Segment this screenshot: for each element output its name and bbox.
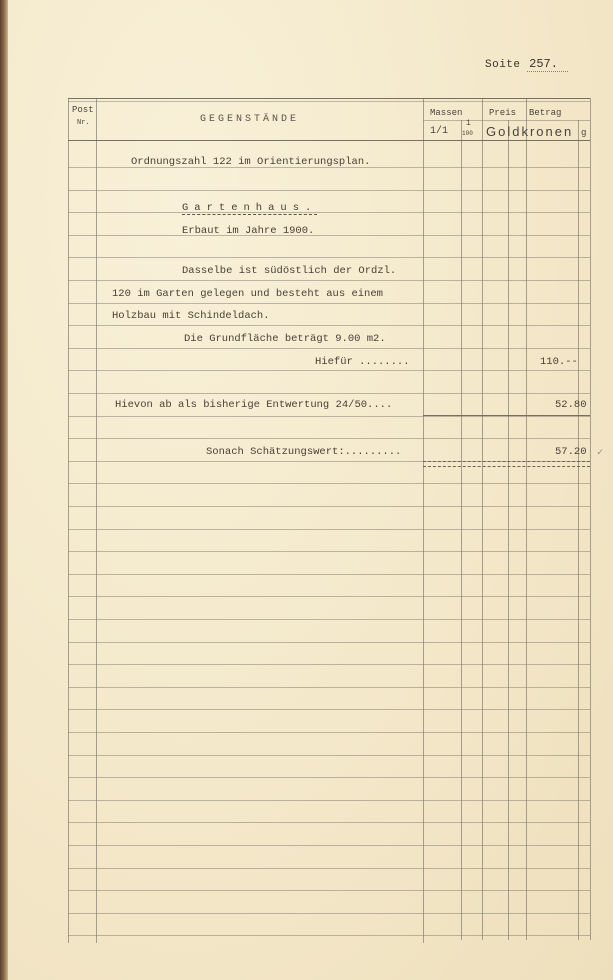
ruled-row-line <box>68 687 590 688</box>
header-post: Post <box>72 105 94 115</box>
ruled-row-line <box>68 506 590 507</box>
col-border-post <box>96 98 97 943</box>
col-border-massen-sub <box>461 120 462 940</box>
amount-entwertung: 52.80 <box>555 399 587 411</box>
ruled-row-line <box>68 551 590 552</box>
col-border-preis <box>526 98 527 940</box>
col-border-left <box>68 98 69 943</box>
subtotal-line <box>423 415 590 416</box>
ruled-row-line <box>68 190 590 191</box>
entry-desc-line1: Dasselbe ist südöstlich der Ordzl. <box>182 265 396 277</box>
ledger-table: Post Nr. GEGENSTÄNDE Massen Preis Betrag… <box>0 0 613 980</box>
ruled-row-line <box>68 868 590 869</box>
ruled-row-line <box>68 235 590 236</box>
ruled-row-line <box>68 664 590 665</box>
ruled-row-line <box>68 438 590 439</box>
total-double-line <box>423 461 590 467</box>
ruled-row-line <box>68 845 590 846</box>
header-bottom-line <box>68 140 590 141</box>
col-border-preis-sub <box>508 120 509 940</box>
ruled-row-line <box>68 370 590 371</box>
ruled-row-line <box>68 619 590 620</box>
entry-ordnungszahl: Ordnungszahl 122 im Orientierungsplan. <box>131 156 370 168</box>
currency-stamp: Goldkronen <box>486 124 573 139</box>
col-border-betrag-sub <box>578 120 579 940</box>
ruled-row-line <box>68 755 590 756</box>
header-massen: Massen <box>430 108 462 118</box>
ruled-row-line <box>68 913 590 914</box>
entry-desc-line2: 120 im Garten gelegen und besteht aus ei… <box>112 288 383 300</box>
ruled-row-line <box>68 709 590 710</box>
check-mark-icon: ✓ <box>597 447 603 459</box>
ruled-row-line <box>68 348 590 349</box>
entry-hiefuer: Hiefür ........ <box>315 356 410 368</box>
ruled-row-line <box>68 935 590 936</box>
ruled-row-line <box>68 732 590 733</box>
col-border-right <box>590 98 591 940</box>
currency-tail: g <box>581 128 586 138</box>
amount-hiefuer: 110.-- <box>540 356 596 368</box>
ruled-row-line <box>68 257 590 258</box>
ruled-row-line <box>68 280 590 281</box>
ruled-row-line <box>68 642 590 643</box>
amount-schaetzungswert: 57.20 <box>555 446 587 458</box>
header-top-line-2 <box>68 101 590 102</box>
header-massen-1-100-num: 1 <box>466 119 471 128</box>
col-border-massen <box>482 98 483 940</box>
entry-grundflaeche: Die Grundfläche beträgt 9.00 m2. <box>184 333 386 345</box>
header-betrag: Betrag <box>529 108 561 118</box>
col-border-gegenstaende <box>423 98 424 943</box>
ruled-row-line <box>68 890 590 891</box>
ruled-row-line <box>68 212 590 213</box>
ruled-row-line <box>68 822 590 823</box>
header-gegenstaende: GEGENSTÄNDE <box>200 114 299 125</box>
header-nr: Nr. <box>77 119 90 127</box>
ruled-row-line <box>68 529 590 530</box>
header-top-line <box>68 98 590 99</box>
ruled-row-line <box>68 800 590 801</box>
header-mid-line <box>423 120 590 121</box>
entry-erbaut: Erbaut im Jahre 1900. <box>182 225 314 237</box>
ruled-row-line <box>68 596 590 597</box>
ruled-row-line <box>68 325 590 326</box>
header-massen-1-100-den: 100 <box>462 130 473 137</box>
ruled-row-line <box>68 393 590 394</box>
ruled-row-line <box>68 416 590 417</box>
header-massen-1-1: 1/1 <box>430 126 448 137</box>
header-preis: Preis <box>489 108 516 118</box>
entry-entwertung: Hievon ab als bisherige Entwertung 24/50… <box>115 399 392 411</box>
entry-title-gartenhaus: Gartenhaus. <box>182 202 317 215</box>
ruled-row-line <box>68 574 590 575</box>
entry-desc-line3: Holzbau mit Schindeldach. <box>112 310 270 322</box>
ruled-row-line <box>68 777 590 778</box>
ruled-row-line <box>68 303 590 304</box>
ruled-row-line <box>68 483 590 484</box>
entry-schaetzungswert: Sonach Schätzungswert:......... <box>206 446 401 458</box>
